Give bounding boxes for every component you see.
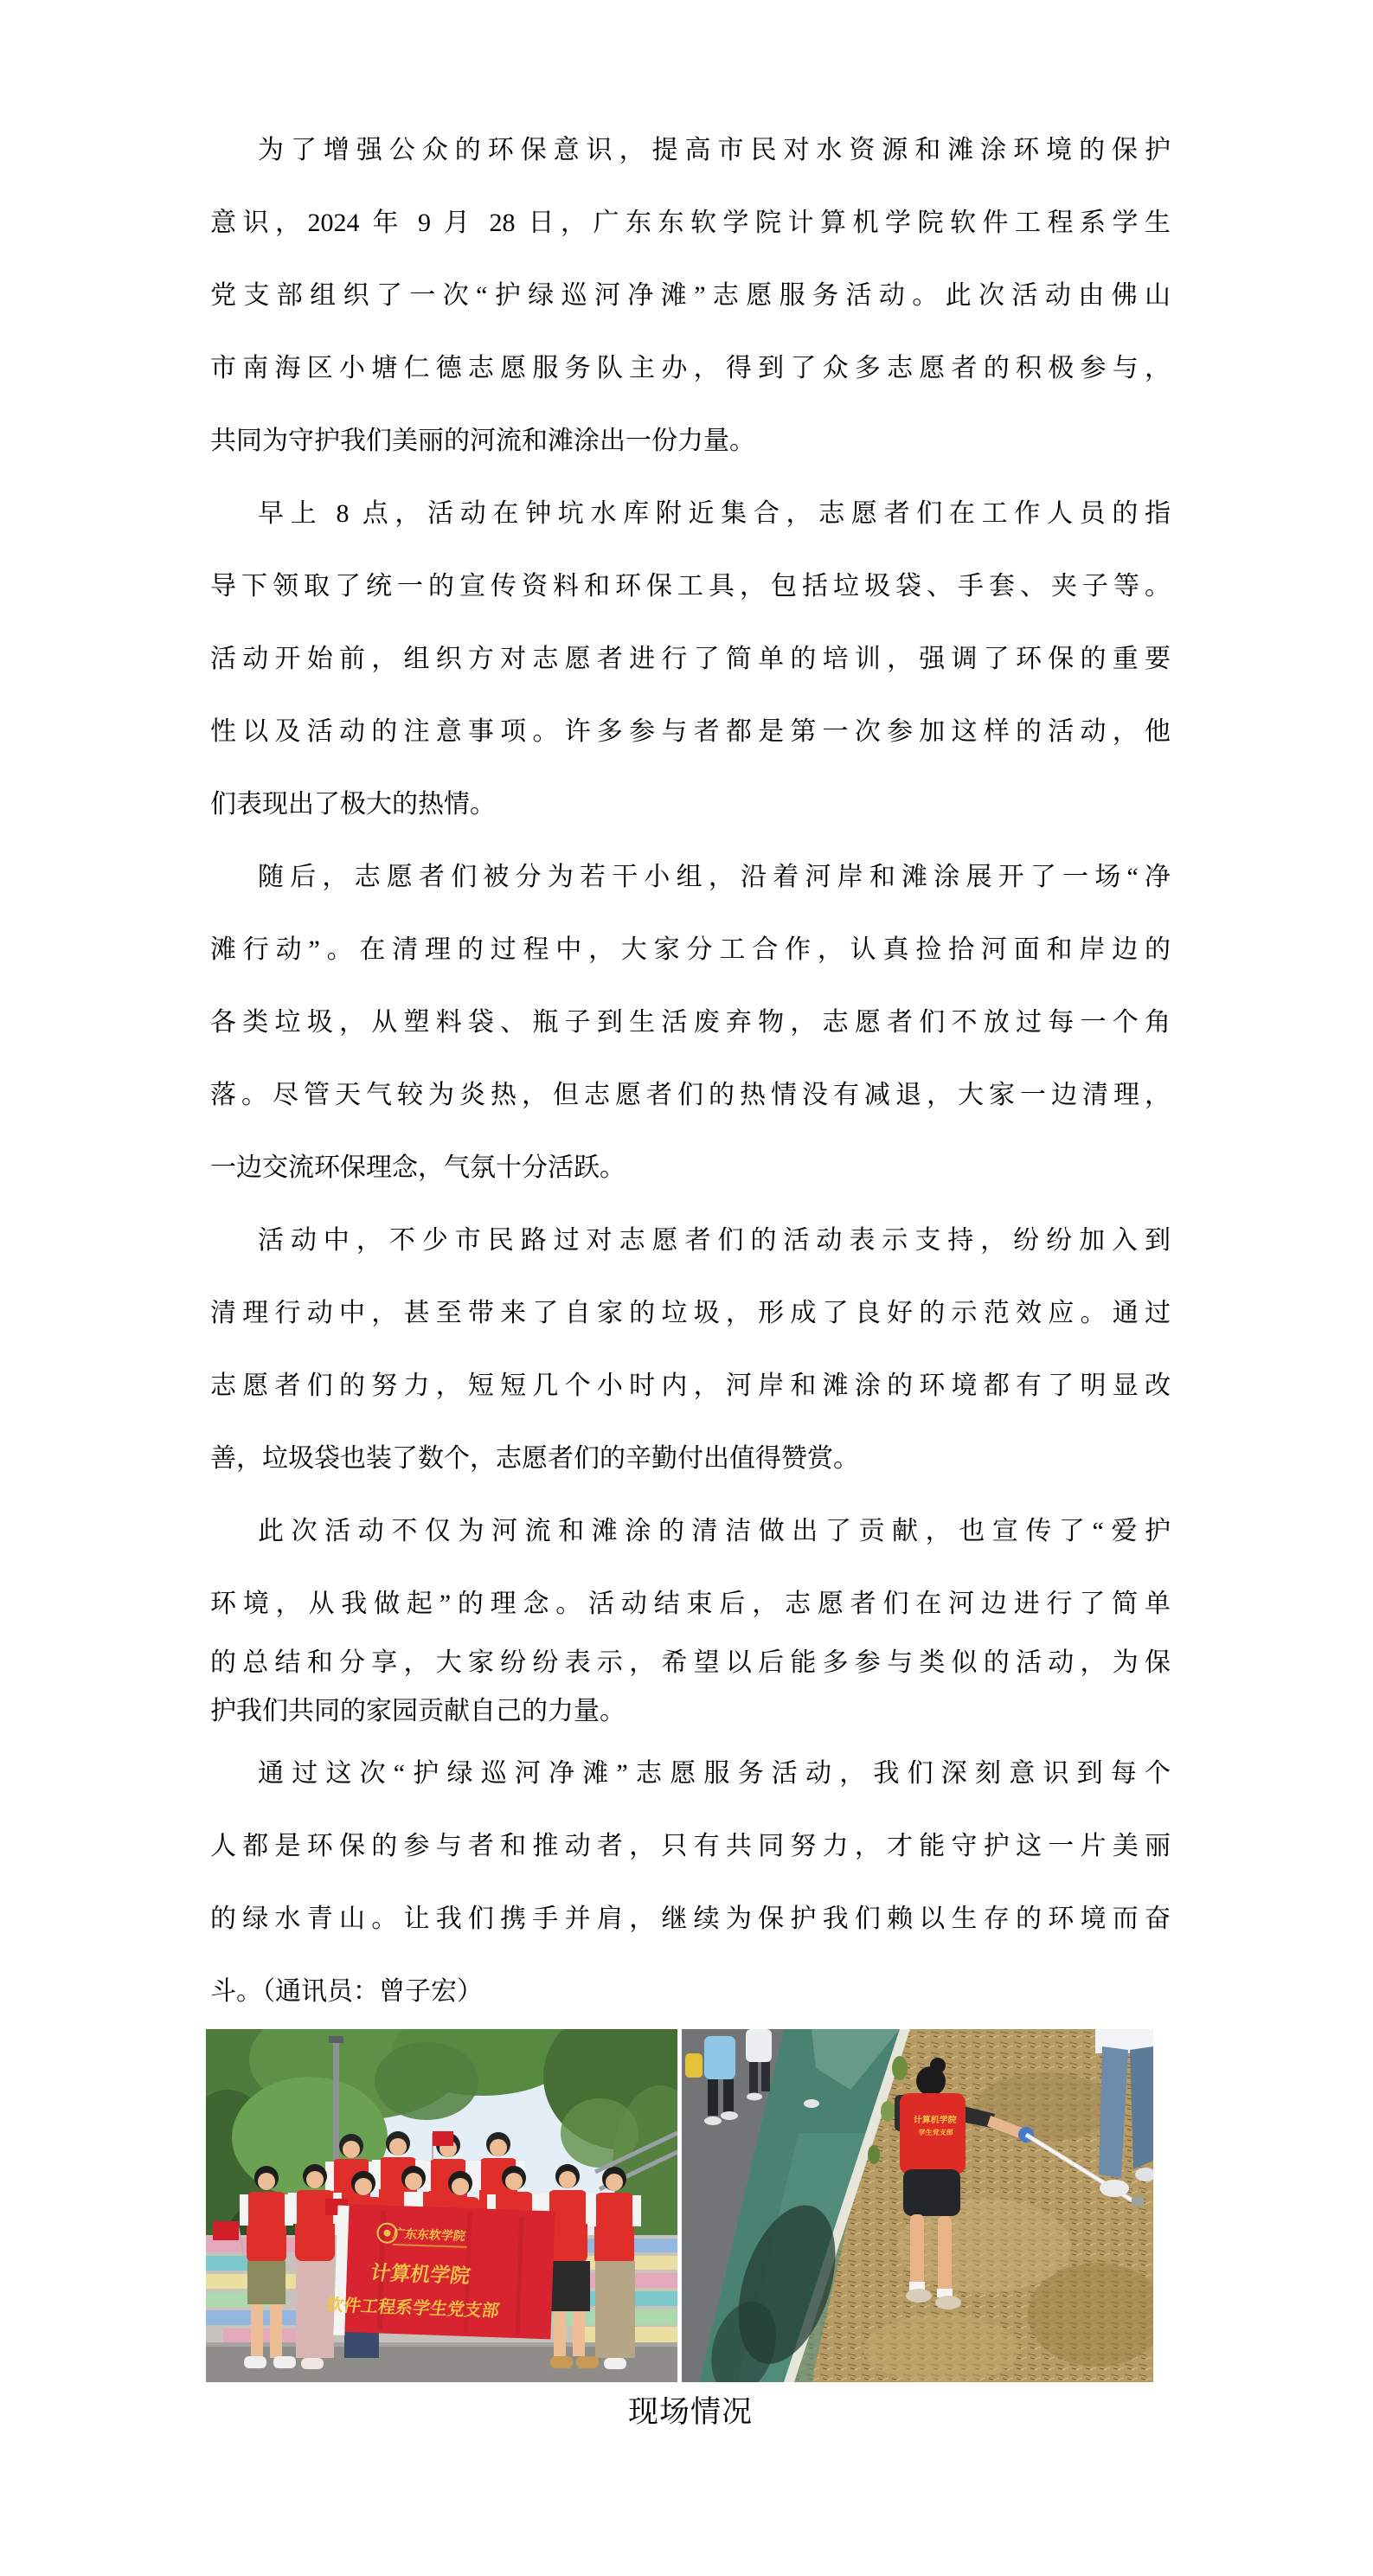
text-line: 斗。（通讯员：曾子宏）	[210, 1956, 1171, 2028]
head	[916, 2066, 946, 2096]
cleanup-photo: 计算机学院 学生党支部	[682, 2029, 1153, 2382]
text-line: 早上 8 点，活动在钟坑水库附近集合，志愿者们在工作人员的指	[210, 478, 1171, 550]
grabber-tip	[1132, 2197, 1144, 2206]
text-line: 落。尽管天气较为炎热，但志愿者们的热情没有减退，大家一边清理，	[210, 1059, 1171, 1132]
text-line: 的绿水青山。让我们携手并肩，继续为保护我们赖以生存的环境而奋	[210, 1883, 1171, 1956]
document-page: 为了增强公众的环保意识，提高市民对水资源和滩涂环境的保护意识，2024 年 9 …	[0, 0, 1373, 2576]
text-line: 意识，2024 年 9 月 28 日，广东东软学院计算机学院软件工程系学生	[210, 187, 1171, 260]
text-line: 滩行动”。在清理的过程中，大家分工合作，认真捡拾河面和岸边的	[210, 914, 1171, 986]
text-line: 活动开始前，组织方对志愿者进行了简单的培训，强调了环保的重要	[210, 623, 1171, 696]
article-text: 为了增强公众的环保意识，提高市民对水资源和滩涂环境的保护意识，2024 年 9 …	[210, 114, 1171, 2028]
text-line: 随后，志愿者们被分为若干小组，沿着河岸和滩涂展开了一场“净	[210, 841, 1171, 914]
text-line: 通过这次“护绿巡河净滩”志愿服务活动，我们深刻意识到每个	[210, 1738, 1171, 1810]
bystander-shoe	[1100, 2180, 1129, 2197]
photo-caption: 现场情况	[210, 2386, 1171, 2438]
text-line: 清理行动中，甚至带来了自家的垃圾，形成了良好的示范效应。通过	[210, 1277, 1171, 1350]
cleanup-photo-art: 计算机学院 学生党支部	[682, 2029, 1153, 2382]
text-line: 们表现出了极大的热情。	[210, 768, 1171, 841]
text-line: 各类垃圾，从塑料袋、瓶子到生活废弃物，志愿者们不放过每一个角	[210, 986, 1171, 1059]
text-line: 共同为守护我们美丽的河流和滩涂出一份力量。	[210, 405, 1171, 478]
banner-line1-text: 计算机学院	[369, 2261, 472, 2287]
text-line: 导下领取了统一的宣传资料和环保工具，包括垃圾袋、手套、夹子等。	[210, 550, 1171, 623]
banner: 广东东软学院 计算机学院 软件工程系学生党支部	[324, 2203, 555, 2342]
group-photo: 广东东软学院 计算机学院 软件工程系学生党支部	[206, 2029, 677, 2382]
text-line: 党支部组织了一次“护绿巡河净滩”志愿服务活动。此次活动由佛山	[210, 260, 1171, 332]
group-photo-art: 广东东软学院 计算机学院 软件工程系学生党支部	[206, 2029, 677, 2382]
shoe	[906, 2289, 932, 2303]
lamp	[329, 2036, 343, 2043]
text-line: 善，垃圾袋也装了数个，志愿者们的辛勤付出值得赞赏。	[210, 1423, 1171, 1495]
text-line: 活动中，不少市民路过对志愿者们的活动表示支持，纷纷加入到	[210, 1204, 1171, 1277]
text-line: 环境，从我做起”的理念。活动结束后，志愿者们在河边进行了简单	[210, 1568, 1171, 1641]
text-line: 人都是环保的参与者和推动者，只有共同努力，才能守护这一片美丽	[210, 1810, 1171, 1883]
shoe	[935, 2296, 961, 2309]
vest-text-line1: 计算机学院	[913, 2114, 957, 2125]
text-line: 护我们共同的家园贡献自己的力量。	[210, 1686, 1171, 1738]
text-line: 性以及活动的注意事项。许多参与者都是第一次参加这样的活动，他	[210, 696, 1171, 768]
text-line: 志愿者们的努力，短短几个小时内，河岸和滩涂的环境都有了明显改	[210, 1350, 1171, 1423]
text-line: 为了增强公众的环保意识，提高市民对水资源和滩涂环境的保护	[210, 114, 1171, 187]
vest-text-line2: 学生党支部	[918, 2128, 953, 2136]
shorts	[903, 2169, 960, 2216]
text-line: 的总结和分享，大家纷纷表示，希望以后能多参与类似的活动，为保	[210, 1641, 1171, 1686]
banner-org-text: 广东东软学院	[392, 2226, 468, 2244]
text-line: 一边交流环保理念，气氛十分活跃。	[210, 1132, 1171, 1204]
text-line: 市南海区小塘仁德志愿服务队主办，得到了众多志愿者的积极参与，	[210, 332, 1171, 405]
text-line: 此次活动不仅为河流和滩涂的清洁做出了贡献，也宣传了“爱护	[210, 1495, 1171, 1568]
